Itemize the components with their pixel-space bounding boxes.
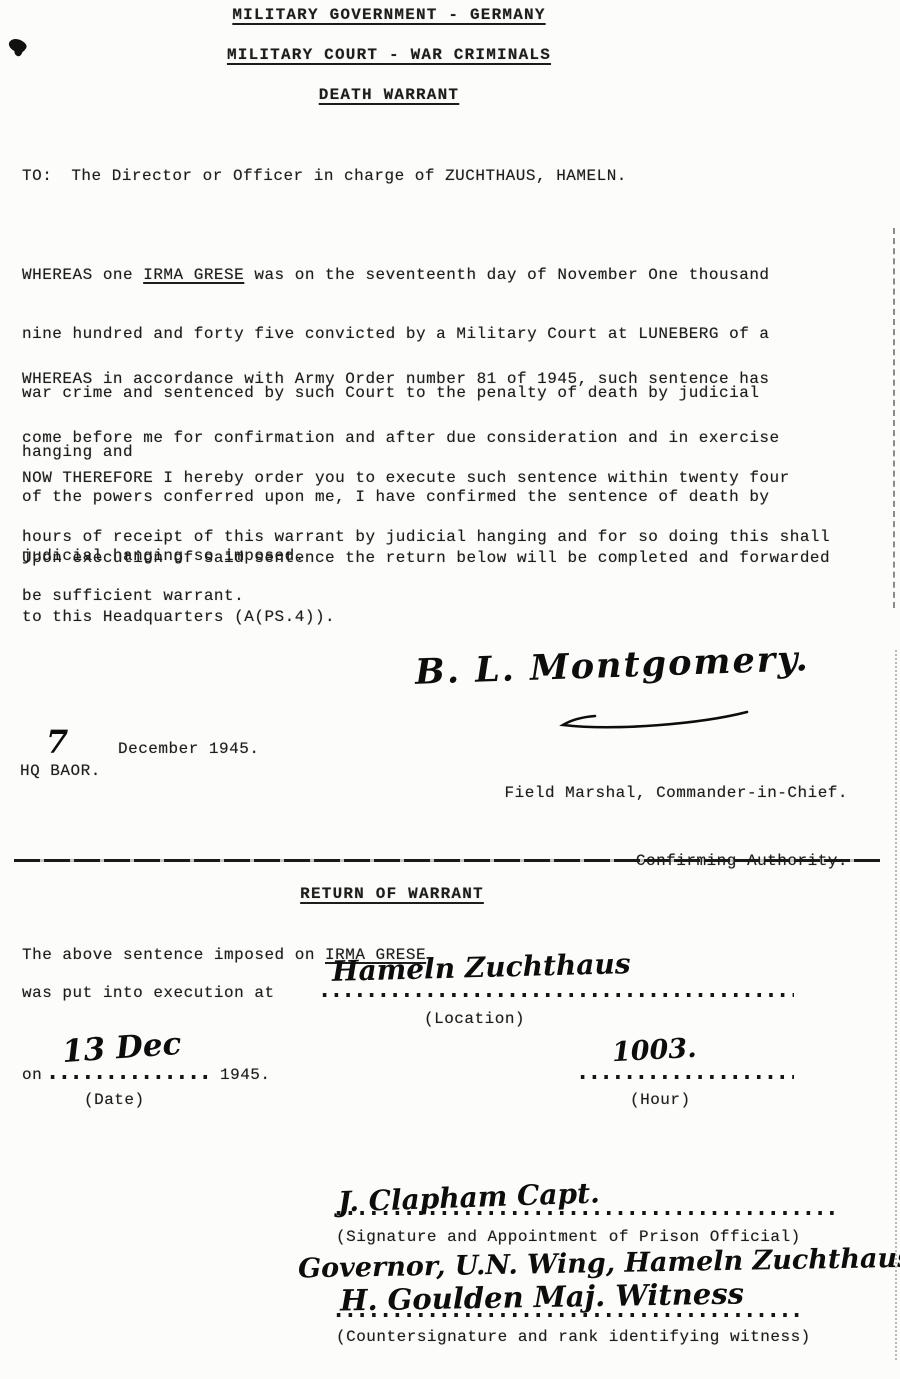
execution-date-label: on xyxy=(22,1066,42,1084)
witness-dotted-line xyxy=(332,1298,804,1322)
addressee-text: The Director or Officer in charge of ZUC… xyxy=(71,167,627,185)
execution-year-typed: 1945. xyxy=(220,1066,271,1084)
header-court-line: MILITARY COURT - WAR CRIMINALS xyxy=(0,46,778,64)
section-divider xyxy=(14,859,880,862)
hour-dotted-line xyxy=(576,1060,794,1084)
prisoner-name: IRMA GRESE xyxy=(143,266,244,284)
date-caption: (Date) xyxy=(84,1091,145,1109)
hq-line: HQ BAOR. xyxy=(20,762,101,780)
official-dotted-line xyxy=(332,1196,834,1220)
header-government-line: MILITARY GOVERNMENT - GERMANY xyxy=(0,6,778,24)
addressee-label: TO: xyxy=(22,167,52,185)
signature-flourish xyxy=(545,706,755,738)
page-edge-artifact xyxy=(893,228,895,608)
date-day-handwritten: 7 xyxy=(46,723,68,761)
official-caption: (Signature and Appointment of Prison Off… xyxy=(336,1228,801,1246)
witness-caption: (Countersignature and rank identifying w… xyxy=(336,1328,811,1346)
return-heading: RETURN OF WARRANT xyxy=(0,885,784,903)
date-typed: December 1945. xyxy=(118,740,259,758)
authority-title-line: Field Marshal, Commander-in-Chief. xyxy=(505,782,848,805)
location-caption: (Location) xyxy=(424,1010,525,1028)
execution-location-label: was put into execution at xyxy=(22,984,275,1002)
header-warrant-title: DEATH WARRANT xyxy=(0,86,778,104)
hour-caption: (Hour) xyxy=(630,1091,691,1109)
scanned-death-warrant-page: MILITARY GOVERNMENT - GERMANY MILITARY C… xyxy=(0,0,900,1379)
addressee-line: TO:The Director or Officer in charge of … xyxy=(22,167,627,185)
